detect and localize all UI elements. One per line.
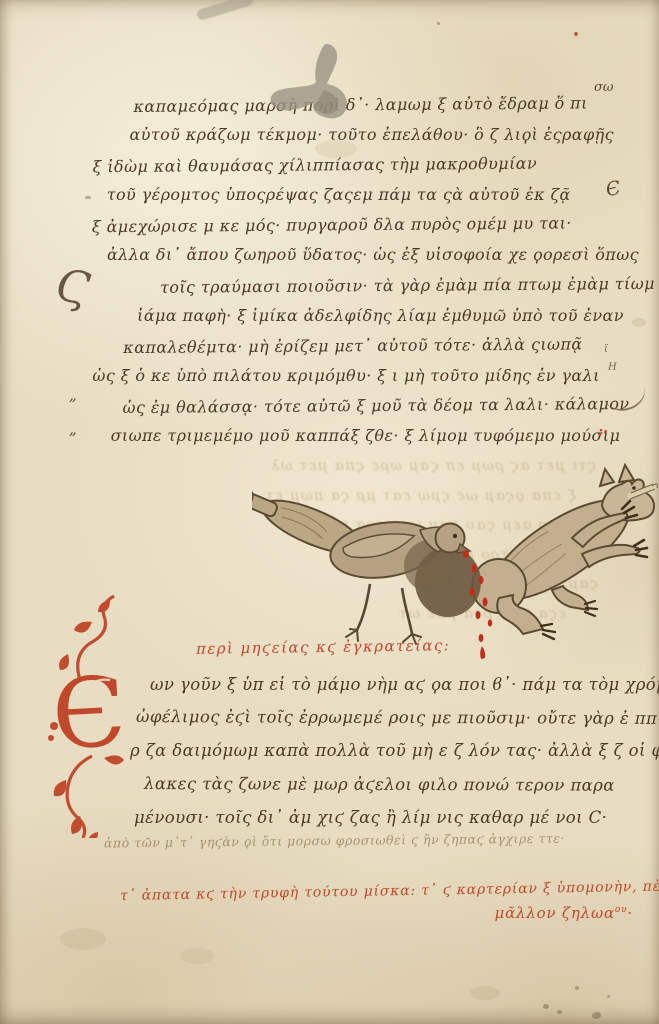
- manuscript-text-line: καπαμεόμας μαρσὴ πορὶ δ᾽· λαμωμ ξ αὐτὸ ἔ…: [133, 88, 654, 122]
- manuscript-text-line: ὡς ξ ὁ κε ὑπὸ πιλάτου κριμόμθυ· ξ ι μὴ τ…: [92, 361, 655, 391]
- fox-hindleg: [552, 586, 588, 610]
- bird-figure: [252, 482, 492, 659]
- bird-legs: [357, 584, 412, 634]
- rubric-heading: περὶ μηϛείας κϛ ἐγκρατείας:: [196, 636, 450, 658]
- red-footer-line: τ᾽ ἀπατα κϛ τὴν τρυφὴ τούτου μίσκα: τ᾽ ϛ…: [120, 878, 659, 904]
- speck: [85, 196, 91, 199]
- margin-coronis-flourish: Ϛ: [53, 260, 93, 315]
- superscript-note: ου: [615, 905, 628, 915]
- miniature-illustration: [252, 458, 659, 663]
- stain-blotch: [180, 948, 214, 964]
- red-footer-line-2: μᾶλλον ζηλωαου·: [495, 904, 633, 922]
- red-speck: [574, 32, 578, 36]
- lower-paragraph-block: ων γοῦν ξ ὑπ εἰ τὸ μάμο νὴμ αϛ ϙα ποι ϐ᾽…: [130, 668, 659, 834]
- stain-dot: [607, 995, 610, 998]
- manuscript-text-line: ἀλλα δι᾽ ἄπου ζωηροῦ ὕδατος· ὡς ἐξ υἱσοφ…: [107, 240, 655, 270]
- margin-note-top-right: σω: [594, 80, 613, 95]
- manuscript-text-line: τοῦ γέρομτος ὑποςρέψας ζαςεμ πάμ τα ςὰ α…: [107, 180, 655, 210]
- manuscript-text-line: αὐτοῦ κράζωμ τέκμομ· τοῦτο ἐπελάθου· ὃ ζ…: [130, 120, 655, 150]
- fox-ear: [619, 465, 634, 482]
- manuscript-text-line: ξ ἀμεχώρισε μ κε μός· πυργαροῦ δλα πυρὸς…: [92, 208, 655, 243]
- manuscript-text-line: ἰάμα παφὴ· ξ ἰμίκα ἀδελφίδης λίαμ ἐμθυμῶ…: [137, 301, 655, 331]
- manuscript-text-line: ξ ἰδὼμ καὶ θαυμάσας χίλιππίασας τὴμ μακρ…: [93, 148, 655, 183]
- stain-dot: [575, 986, 579, 990]
- manuscript-page: καπαμεόμας μαρσὴ πορὶ δ᾽· λαμωμ ξ αὐτὸ ἔ…: [0, 0, 659, 1024]
- main-text-block: καπαμεόμας μαρσὴ πορὶ δ᾽· λαμωμ ξ αὐτὸ ἔ…: [91, 89, 655, 452]
- manuscript-text-line: ὡς ἐμ θαλάσσᾳ· τότε αὐτῶ ξ μοῦ τὰ δέομ τ…: [122, 389, 655, 423]
- speck: [437, 22, 440, 25]
- margin-small-mark: ϊ: [604, 344, 608, 355]
- manuscript-text-line: λακες τὰς ζωνε μὲ μωρ ἀϛελοι φιλο πονώ τ…: [144, 767, 659, 802]
- manuscript-text-line: ὠφέλιμος ἐϛὶ τοῖς ἐρρωμεμέ ροις με πιοῦσ…: [136, 700, 659, 735]
- ink-streak-stain: [196, 0, 255, 21]
- margin-small-mark: Η: [608, 362, 617, 373]
- stain-dot: [543, 1004, 549, 1009]
- stain-blotch: [470, 986, 500, 1000]
- stain-dot: [592, 1012, 601, 1019]
- decorated-initial: Є: [46, 588, 146, 838]
- smudge: [632, 318, 646, 327]
- manuscript-text-line: σιωπε τριμεμέμο μοῦ καππάξ ζθε· ξ λίμομ …: [111, 421, 656, 451]
- fox-eye: [632, 486, 636, 490]
- initial-letter: Є: [49, 656, 128, 772]
- smudge: [315, 140, 357, 158]
- fox-paw-claws: [541, 624, 555, 639]
- stain-blotch: [60, 928, 106, 950]
- margin-quote-mark: „: [69, 420, 77, 438]
- manuscript-text-line: μένουσι· τοῖς δι᾽ ἀμ χιϛ ζας ἢ λίμ νις κ…: [134, 801, 659, 834]
- stain-dot: [557, 1010, 562, 1014]
- margin-quote-mark: „: [69, 386, 77, 404]
- manuscript-text-line: τοῖς τραύμασι ποιοῦσιν· τὰ γὰρ ἐμὰμ πία …: [160, 269, 655, 303]
- grey-ink-blot: [258, 40, 368, 120]
- manuscript-text-line: ων γοῦν ξ ὑπ εἰ τὸ μάμο νὴμ αϛ ϙα ποι ϐ᾽…: [150, 668, 659, 701]
- red-line-end-mark: :·: [598, 424, 608, 440]
- fox-paw-claws: [585, 601, 597, 616]
- fox-ear: [600, 469, 614, 486]
- manuscript-text-line: καπαλεθέμτα· μὴ ἐρίζεμ μετ᾽ αὐτοῦ τότε· …: [123, 329, 655, 363]
- manuscript-text-line: ρ ζα δαιμόμωμ καπὰ πολλὰ τοῦ μὴ ε ζ λόν …: [130, 734, 659, 767]
- fox-figure: [472, 465, 657, 639]
- bird-eye: [453, 534, 457, 538]
